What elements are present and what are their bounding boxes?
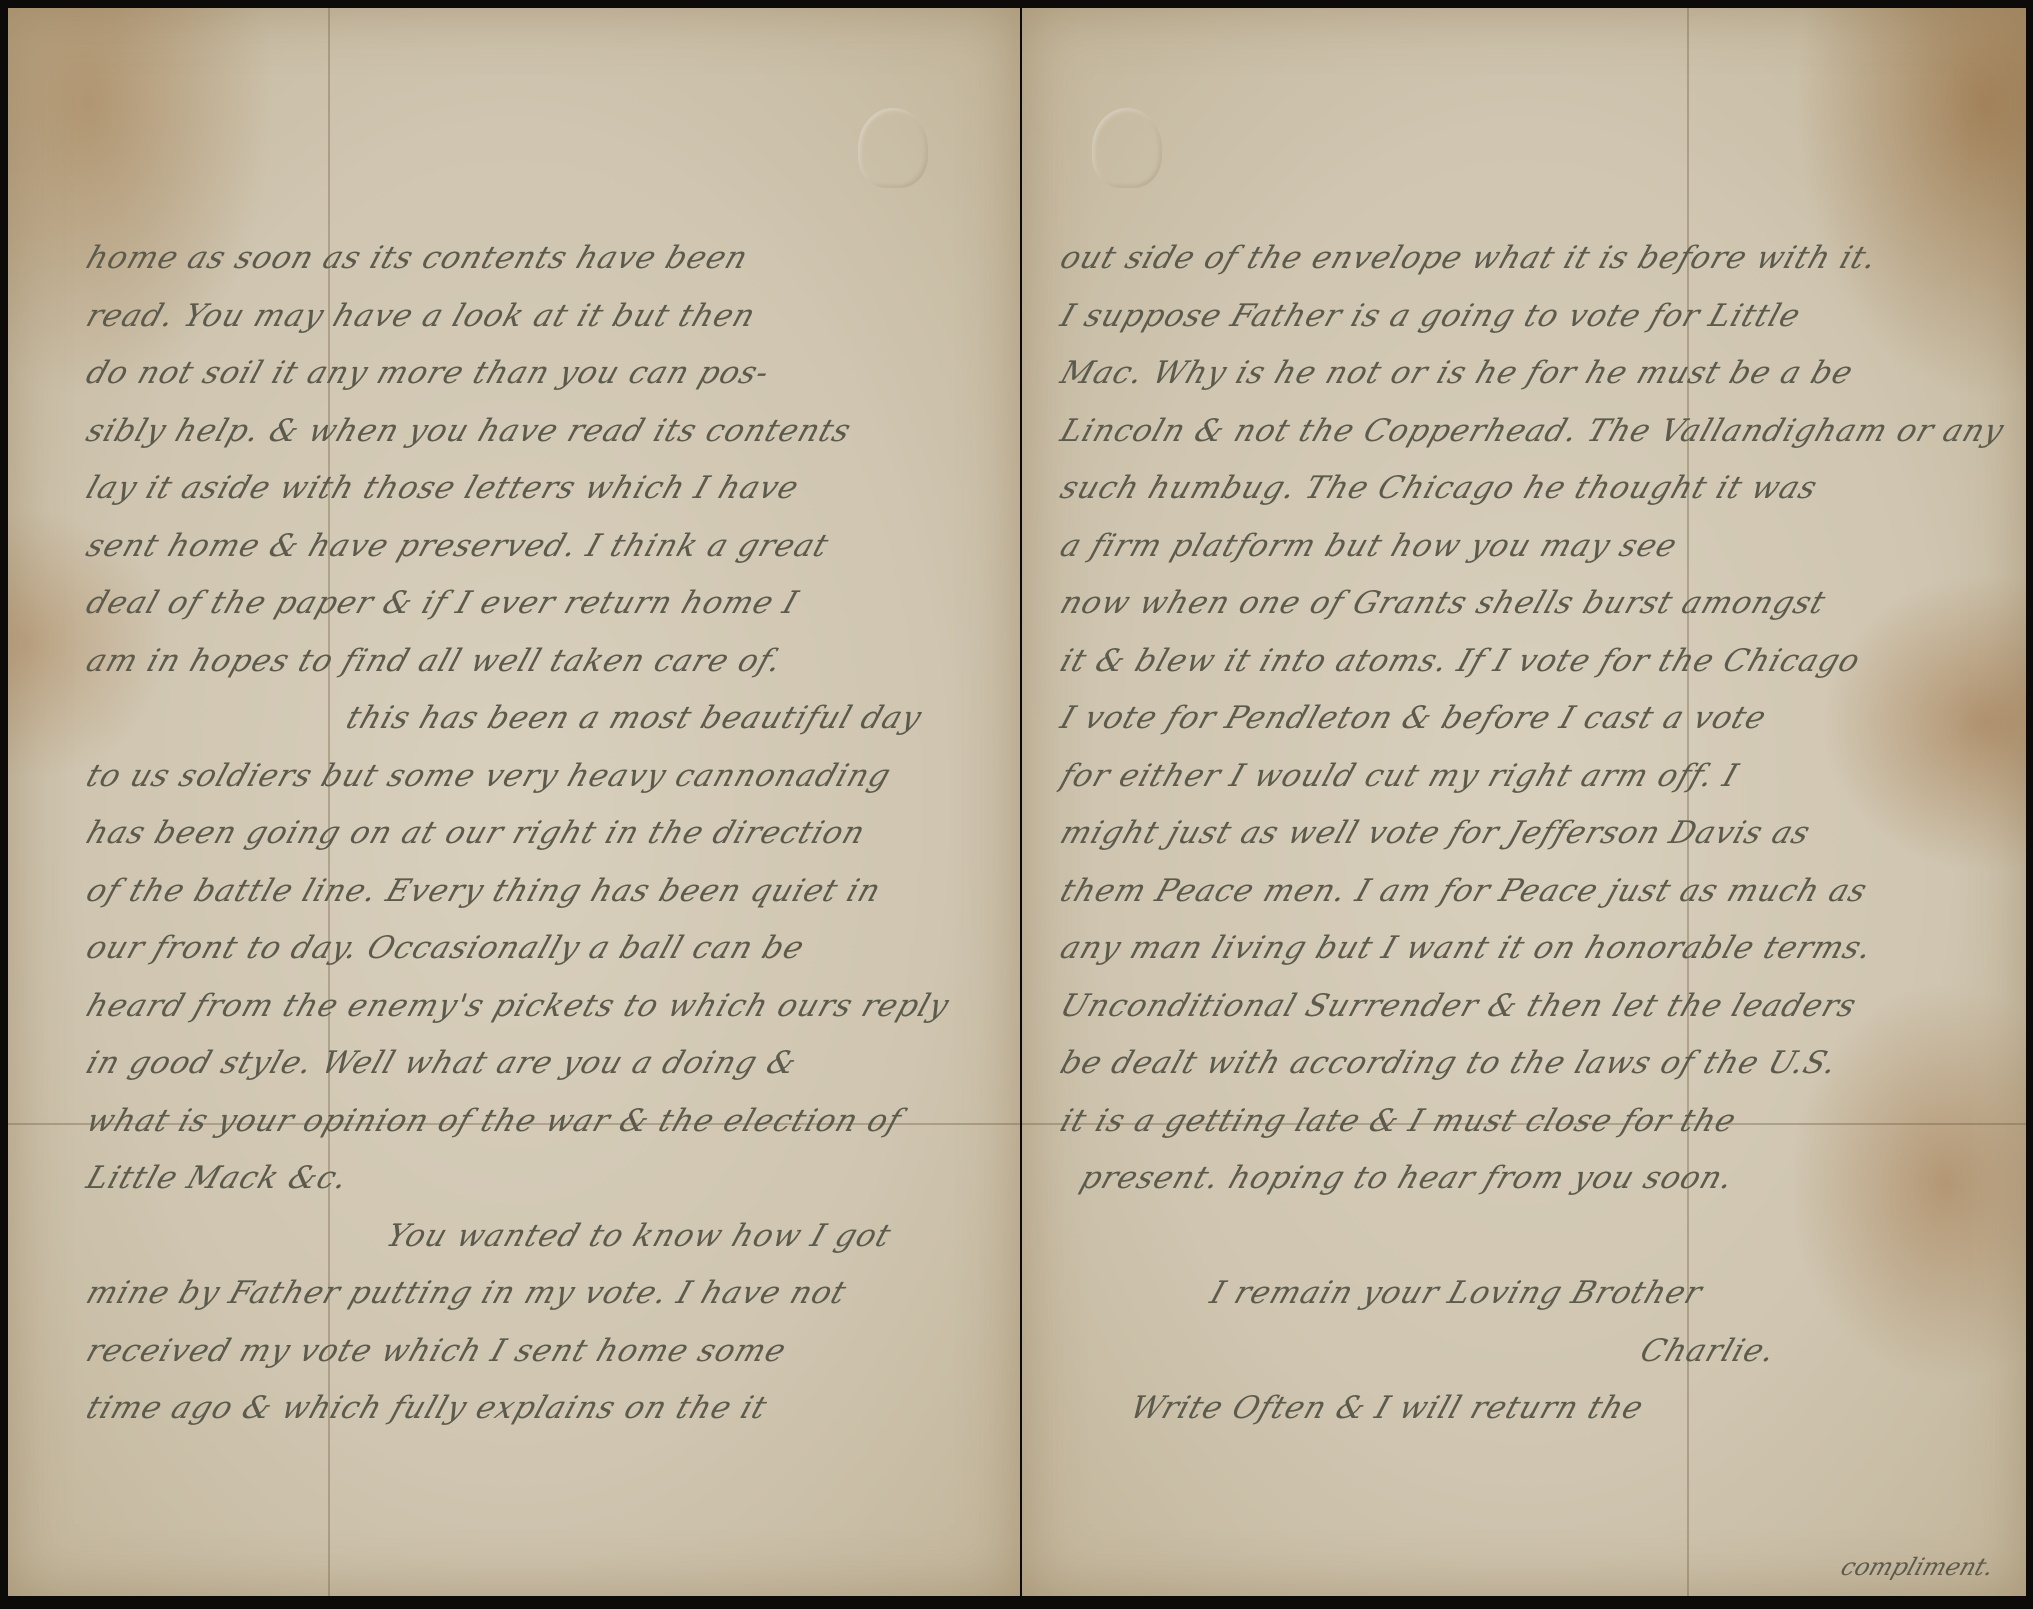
handwritten-line: do not soil it any more than you can pos…	[78, 345, 1009, 403]
postscript-word: compliment.	[1837, 1553, 1997, 1581]
handwritten-line: Unconditional Surrender & then let the l…	[1052, 978, 2015, 1036]
handwritten-line: heard from the enemy's pickets to which …	[78, 978, 1009, 1036]
handwritten-line: am in hopes to find all well taken care …	[78, 633, 1009, 691]
handwritten-line: to us soldiers but some very heavy canno…	[78, 748, 1009, 806]
handwritten-line: sent home & have preserved. I think a gr…	[78, 518, 1009, 576]
handwritten-line: our front to day. Occasionally a ball ca…	[78, 920, 1009, 978]
closing-request-line: Write Often & I will return the	[1052, 1380, 2015, 1438]
paper-emboss-mark	[858, 108, 928, 188]
handwritten-line: of the battle line. Every thing has been…	[78, 863, 1009, 921]
handwritten-line: this has been a most beautiful day	[78, 690, 1009, 748]
handwritten-line: it & blew it into atoms. If I vote for t…	[1052, 633, 2015, 691]
signature: Charlie.	[1052, 1323, 2015, 1381]
handwritten-line: in good style. Well what are you a doing…	[78, 1035, 1009, 1093]
handwritten-line: I suppose Father is a going to vote for …	[1052, 288, 2015, 346]
handwritten-line: home as soon as its contents have been	[78, 230, 1009, 288]
handwritten-line: what is your opinion of the war & the el…	[78, 1093, 1009, 1151]
handwritten-line: it is a getting late & I must close for …	[1052, 1093, 2015, 1151]
handwritten-line: for either I would cut my right arm off.…	[1052, 748, 2015, 806]
handwritten-line: lay it aside with those letters which I …	[78, 460, 1009, 518]
left-page: home as soon as its contents have been r…	[8, 8, 1020, 1596]
handwritten-line: time ago & which fully explains on the i…	[78, 1380, 1009, 1438]
handwritten-line: any man living but I want it on honorabl…	[1052, 920, 2015, 978]
handwritten-line: received my vote which I sent home some	[78, 1323, 1009, 1381]
blank-line	[1052, 1208, 2015, 1266]
handwritten-line: a firm platform but how you may see	[1052, 518, 2015, 576]
handwritten-line: present. hoping to hear from you soon.	[1052, 1150, 2015, 1208]
handwritten-line: You wanted to know how I got	[78, 1208, 1009, 1266]
handwritten-line: read. You may have a look at it but then	[78, 288, 1009, 346]
right-page: out side of the envelope what it is befo…	[1022, 8, 2026, 1596]
handwritten-line: now when one of Grants shells burst amon…	[1052, 575, 2015, 633]
handwritten-line: deal of the paper & if I ever return hom…	[78, 575, 1009, 633]
handwritten-line: might just as well vote for Jefferson Da…	[1052, 805, 2015, 863]
handwritten-line: out side of the envelope what it is befo…	[1052, 230, 2015, 288]
handwritten-line: them Peace men. I am for Peace just as m…	[1052, 863, 2015, 921]
handwritten-line: sibly help. & when you have read its con…	[78, 403, 1009, 461]
handwritten-line: I vote for Pendleton & before I cast a v…	[1052, 690, 2015, 748]
handwritten-line: mine by Father putting in my vote. I hav…	[78, 1265, 1009, 1323]
handwritten-line: Mac. Why is he not or is he for he must …	[1052, 345, 2015, 403]
handwritten-line: Little Mack &c.	[78, 1150, 1009, 1208]
handwritten-line: Lincoln & not the Copperhead. The Vallan…	[1052, 403, 2015, 461]
handwritten-line: such humbug. The Chicago he thought it w…	[1052, 460, 2015, 518]
handwritten-line: be dealt with according to the laws of t…	[1052, 1035, 2015, 1093]
paper-emboss-mark	[1092, 108, 1162, 188]
closing-line: I remain your Loving Brother	[1052, 1265, 2015, 1323]
left-page-text: home as soon as its contents have been r…	[78, 230, 990, 1438]
handwritten-line: has been going on at our right in the di…	[78, 805, 1009, 863]
right-page-text: out side of the envelope what it is befo…	[1052, 230, 1996, 1438]
